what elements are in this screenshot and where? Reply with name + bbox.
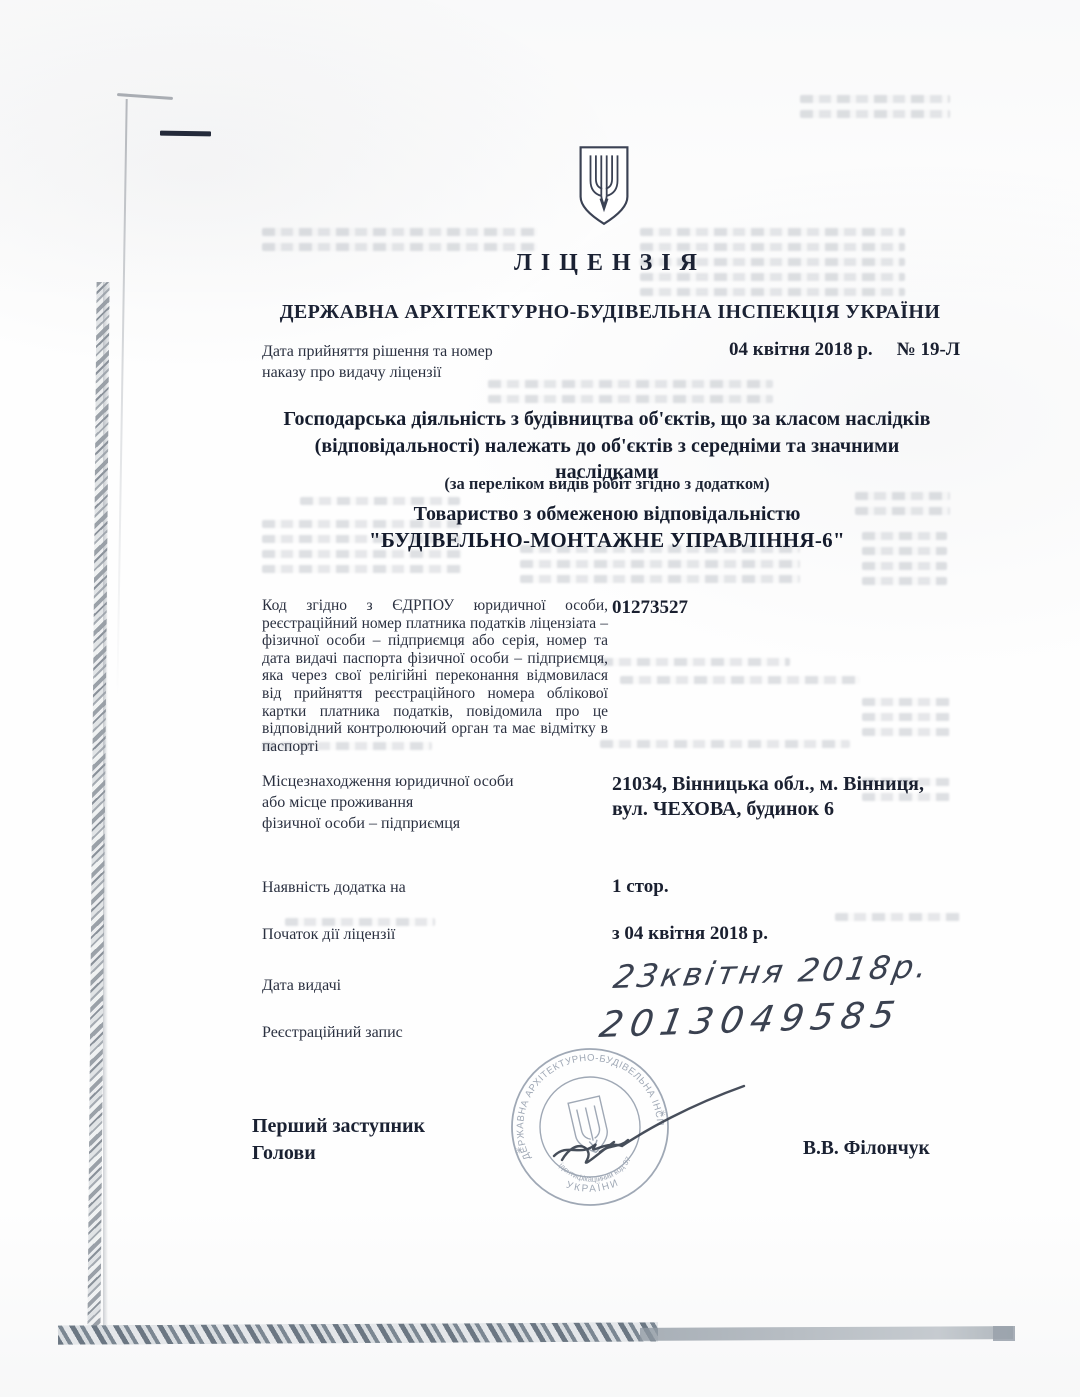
issuing-authority: ДЕРЖАВНА АРХІТЕКТУРНО-БУДІВЕЛЬНА ІНСПЕКЦ…	[250, 301, 970, 324]
bottom-edge-mark	[993, 1326, 1015, 1341]
edrpou-code: 01273527	[612, 597, 688, 619]
annex-label: Наявність додатка на	[262, 877, 406, 898]
license-start-value: з 04 квітня 2018 р.	[612, 923, 768, 945]
signer-position: Перший заступник Голови	[252, 1113, 512, 1167]
scan-dark-dash	[160, 131, 211, 137]
pen-signature	[540, 1072, 755, 1177]
bleedthrough-text-mark	[862, 698, 950, 706]
annex-value: 1 стор.	[612, 876, 669, 898]
registration-record-label: Реєстраційний запис	[262, 1022, 403, 1043]
decision-date-value: 04 квітня 2018 р. № 19-Л	[690, 339, 960, 361]
license-start-label: Початок дії ліцензії	[262, 924, 395, 945]
bleedthrough-text-mark	[262, 565, 462, 573]
decision-date-label: Дата прийняття рішення та номер наказу п…	[262, 341, 562, 383]
address-label: Місцезнаходження юридичної особи або міс…	[262, 771, 592, 834]
bleedthrough-text-mark	[835, 913, 960, 921]
bleedthrough-text-mark	[640, 228, 905, 236]
bleedthrough-text-mark	[520, 560, 800, 568]
trident-emblem-icon	[577, 144, 631, 228]
bleedthrough-text-mark	[862, 728, 950, 736]
bottom-edge-shadow	[640, 1326, 1013, 1341]
licensee-name: "БУДІВЕЛЬНО-МОНТАЖНЕ УПРАВЛІННЯ-6"	[262, 528, 952, 553]
bleedthrough-text-mark	[862, 713, 950, 721]
license-number: № 19-Л	[897, 339, 960, 361]
bleedthrough-text-mark	[800, 95, 950, 103]
underlying-sheet-pattern-bottom-edge	[58, 1322, 658, 1344]
decision-date: 04 квітня 2018 р.	[729, 339, 873, 361]
edrpou-label: Код згідно з ЄДРПОУ юридичної особи, реє…	[262, 597, 608, 755]
bleedthrough-text-mark	[262, 228, 537, 236]
bleedthrough-text-mark	[520, 575, 800, 583]
bleedthrough-text-mark	[640, 288, 905, 296]
issue-date-handwritten: 23квітня 2018р.	[611, 947, 934, 996]
address-value: 21034, Вінницька обл., м. Вінниця, вул. …	[612, 772, 972, 822]
licensee-type: Товариство з обмеженою відповідальністю	[262, 503, 952, 526]
document-title: ЛІЦЕНЗІЯ	[255, 250, 965, 277]
bleedthrough-text-mark	[600, 740, 850, 748]
bleedthrough-text-mark	[620, 676, 860, 684]
bleedthrough-text-mark	[862, 562, 947, 570]
bleedthrough-text-mark	[800, 110, 950, 118]
bleedthrough-text-mark	[600, 658, 790, 666]
left-edge-shadow	[103, 282, 108, 1334]
signer-name: В.В. Філончук	[803, 1138, 930, 1160]
paper-crease-vertical	[116, 99, 127, 699]
scanned-license-document: ЛІЦЕНЗІЯ ДЕРЖАВНА АРХІТЕКТУРНО-БУДІВЕЛЬН…	[0, 0, 1080, 1397]
activity-note: (за переліком видів робіт згідно з додат…	[262, 474, 952, 494]
bleedthrough-text-mark	[488, 395, 773, 403]
issue-date-label: Дата видачі	[262, 975, 341, 996]
bleedthrough-text-mark	[862, 577, 947, 585]
